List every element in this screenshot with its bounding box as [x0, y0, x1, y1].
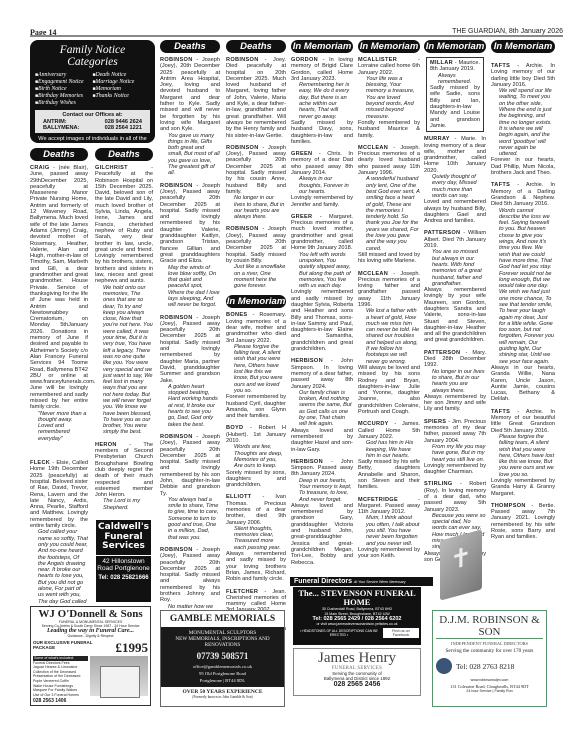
notice-robinson: ROBINSON - Joseph (Joey), Passed away pe… — [226, 145, 286, 221]
notice-signoff: Always remembered lovingly by your wife … — [424, 287, 486, 344]
notice-verse: Please forgive the falling tears, A sile… — [491, 434, 555, 478]
ad-address: 42 Hillonstown Road Portglenone — [96, 555, 151, 572]
notice-name: ROBINSON — [160, 57, 193, 63]
notice-name: MCCURDY — [358, 421, 389, 427]
notice-name: MCALLISTER — [358, 57, 397, 63]
notice-signoff: Forever in our hearts, Dad Phillip, Mum … — [491, 157, 555, 176]
notice-name: TAFTS — [491, 409, 510, 415]
ad-phone: 07739 508571 — [163, 651, 282, 661]
newspaper-page: Page 14 THE GUARDIAN, 8th January 2026 F… — [0, 0, 580, 737]
notice-text: - Joseph (Joey), Passed away peacefully … — [160, 315, 220, 384]
notice-signoff: Still missed and loved by his loving wif… — [358, 252, 420, 265]
notice-mcclean: MCCLEAN - Joseph. Precious memories of a… — [358, 271, 420, 416]
notice-verse: God has him in His keeping, We have him … — [358, 440, 420, 459]
categories-title: Family Notice Categories — [35, 44, 150, 68]
notice-millar: MILLAR - Maurice. 8th January 2019.Alway… — [426, 57, 484, 132]
notice-name: TAFTS — [491, 63, 510, 69]
djm-robinson-ad: D.J.M. ROBINSON & SON INDEPENDENT FUNERA… — [432, 610, 547, 707]
deaths-banner: Deaths — [160, 40, 220, 53]
ad-title: Caldwell's Funeral Services — [96, 523, 151, 552]
ad-package: OUR EXCLUSIVE FUNERAL PACKAGE£1995 — [33, 640, 148, 656]
notice-text: - Joseph (Joey), Passed away peacefully … — [160, 183, 220, 265]
ad-footer: • HEADSTONES OF ALL DESCRIPTIONS CAN BE … — [295, 628, 419, 638]
category-item: Birthday Wishes — [35, 100, 93, 106]
notice-robinson: ROBINSON - Joseph (Joey), Passed away pe… — [160, 315, 220, 428]
ad-address: 95 Old Portglenone Road — [163, 671, 282, 678]
notice-verse: You gave us many things in life, Gifts b… — [160, 133, 220, 177]
notice-verse: "Never more than a thought away. Loved a… — [30, 411, 88, 442]
category-list: Anniversary Death Notice Engagement Noti… — [35, 72, 150, 106]
ad-phone: Tel: 028 2763 8218 — [456, 662, 514, 671]
memoriam-banner: In Memoriam — [291, 40, 353, 53]
ad-subtitle: INDEPENDENT FUNERAL DIRECTORS — [436, 641, 543, 646]
notice-signoff: Sadly missed by wife Sadie, sons Billy a… — [430, 85, 480, 129]
notice-name: GORDON — [291, 57, 318, 63]
gamble-memorials-ad: GAMBLE MEMORIALS MONUMENTAL SCULPTORS NE… — [160, 610, 285, 707]
notice-signoff: Always loved and remembered by daughter … — [291, 428, 353, 453]
notice-name: FLETCHER — [226, 589, 258, 595]
notice-signoff: Sorely missed by sons, daughters and gra… — [226, 470, 286, 489]
notice-name: ROBINSON — [226, 145, 259, 151]
notice-signoff: Lovingly remembered by Granda Harry & Gr… — [491, 478, 555, 497]
notice-name: FLECK — [30, 460, 50, 466]
notice-verse: Your life was a blessing, Your memory a … — [358, 76, 420, 120]
ad-contact-row: Tel: 028 2763 8218 — [436, 658, 543, 674]
notice-robinson: ROBINSON - Joseph (Joey), 20th December … — [160, 57, 220, 177]
notice-robinson: ROBINSON - Joey. Died peacefully at hosp… — [226, 57, 286, 139]
notice-text: - Joseph (Joey), Passed away peacefully … — [160, 434, 220, 497]
notice-verse: Please forgive the falling tear, A silen… — [226, 344, 286, 394]
notice-text: - Peacefully at the Robinson Hospital on… — [95, 165, 153, 284]
ad-address: Portglenone | BT44 8DL — [163, 678, 282, 685]
category-item: Death Notice — [93, 72, 151, 78]
notice-verse: No longer in our lives to share, But in … — [424, 369, 486, 394]
notice-name: CRAIG — [30, 165, 50, 171]
notice-signoff: Always loved and remembered by grandson … — [291, 503, 353, 566]
ad-phone: 028 2565 2456 — [294, 681, 420, 688]
notice-mcfetridge: MCFETRIDGE - Margaret. Passed away 11th … — [358, 497, 420, 560]
strip-title: Funeral Directors — [294, 578, 352, 585]
package-label: OUR EXCLUSIVE FUNERAL PACKAGE — [33, 640, 116, 656]
notice-signoff: Fondly remembered by husband Maurice & f… — [358, 120, 420, 139]
masthead-date: THE GUARDIAN, 8th January 2026 — [452, 28, 563, 35]
notice-name: ELLIOTT — [226, 494, 251, 500]
notice-tafts: TAFTS - Archie. In Memory of our beautif… — [491, 409, 555, 497]
notice-verse: We hold onto our memories, The ones that… — [95, 285, 153, 436]
notice-signoff: Forever remembered by husband Cyril, dau… — [226, 394, 286, 419]
notice-name: MCFETRIDGE — [358, 497, 398, 503]
notice-name: MCCLEAN — [358, 271, 388, 277]
ad-phone: 028 2563 1406 — [33, 697, 148, 704]
notice-mccurdy: MCCURDY - James. Called Home 5th January… — [358, 421, 420, 490]
notice-text: - Elsie, Called Home 19th December 2025 … — [30, 460, 88, 529]
facebook-icon: Find us on Facebook — [383, 628, 419, 638]
office-phone: 028 2564 1221 — [105, 125, 142, 131]
notice-signoff: Will always be loved and missed by his s… — [358, 365, 420, 415]
notice-tafts: TAFTS - Archie. In Loving memory of our … — [491, 63, 555, 176]
bible-cross-icon — [440, 529, 482, 600]
notice-name: THOMPSON — [491, 503, 526, 509]
notice-robinson: ROBINSON - Joseph (Joey), Passed away pe… — [160, 434, 220, 541]
ad-title: James Henry — [294, 651, 420, 666]
category-item: Anniversary — [35, 72, 93, 78]
stevenson-funeral-ad: The... STEVENSON FUNERAL HOME 30 Cushend… — [293, 587, 421, 645]
notice-name: ROBINSON — [160, 547, 193, 553]
notice-verse: God called your name so softly, That onl… — [30, 529, 88, 611]
ad-title: WJ O'Donnell & Sons — [33, 609, 148, 620]
notice-text: - Joseph (Joey), Passed away peacefully … — [226, 226, 286, 263]
deaths-banner: Deaths — [30, 148, 88, 161]
notice-craig: CRAIG - (née Blair), June, passed away 2… — [30, 165, 88, 442]
notice-verse: Words are few, Thoughts are deep, Memori… — [226, 444, 286, 469]
notice-signoff: Always remembered by her son Jimmy and w… — [424, 394, 486, 413]
notice-text: - Marie. In loving memory of a dear wife… — [424, 136, 486, 173]
notice-spiers: SPIERS - Jim. Precious memories of my de… — [424, 419, 486, 476]
notice-mcclean: MCCLEAN - Joseph. Precious memories of a… — [358, 145, 420, 265]
notice-verse: Remembering her is easy, We do it every … — [291, 82, 353, 120]
category-item: Engagement Notice — [35, 79, 93, 85]
notice-signoff: Lovingly remembered by Jennifer and fami… — [291, 195, 353, 208]
notice-text: - Joseph (Joey), 20th December 2025 peac… — [160, 57, 220, 132]
notice-name: HERBISON — [291, 358, 323, 364]
family-notice-categories: Family Notice Categories Anniversary Dea… — [30, 40, 155, 143]
notice-green: GREEN - Chris. In memory of a dear Dad w… — [291, 151, 353, 208]
notice-name: ROBINSON — [160, 183, 193, 189]
ad-experience: OVER 50 YEARS EXPERIENCE — [161, 687, 284, 695]
header-rule — [30, 35, 563, 37]
notice-text: - Bertie. Passed away 7th January 2021. … — [491, 503, 555, 540]
notice-signoff: Loved and remembered always by husband B… — [424, 199, 486, 224]
deaths-banner: Deaths — [226, 40, 286, 53]
strip-subtitle: At Your Service When Necessary — [354, 580, 406, 584]
ad-headstones: • HEADSTONES OF ALL DESCRIPTIONS CAN BE … — [295, 629, 383, 637]
notice-verse: You always had a smile to share, Time to… — [160, 497, 220, 541]
notice-name: PATTERSON — [424, 350, 460, 356]
office-row: BALLYMENA:028 2564 1221 — [43, 125, 142, 131]
notice-text: - Joey. Died peacefully at hospital on 2… — [226, 57, 286, 139]
category-item: Birth Notice — [35, 86, 93, 92]
notice-name: MCCLEAN — [358, 145, 388, 151]
james-henry-ad: James Henry FUNERAL SERVICES Serving the… — [293, 648, 421, 696]
notice-verse: No longer in our lives to share, But in … — [226, 195, 286, 220]
notice-herbison: HERBISON - John Simpson. Passed away 8th… — [291, 459, 353, 566]
notice-signoff: Lovingly remembered by daughter Charmian… — [424, 463, 486, 476]
memoriam-banner: In Memoriam — [226, 295, 286, 308]
ad-serving: Serving the community for over 170 years — [436, 648, 543, 654]
contact-title: Contact our Offices at: — [43, 112, 142, 118]
column-3: Deaths ROBINSON - Joseph (Joey), 20th De… — [160, 40, 220, 654]
notice-heron: HERON - The members of Second Presbyteri… — [95, 442, 153, 511]
notice-signoff: Always remembered and sadly missed by yo… — [226, 551, 286, 582]
notice-verse: A golden heart stopped beating, Hard wor… — [160, 384, 220, 428]
notice-name: GREER — [291, 214, 312, 220]
deaths-banner: Deaths — [95, 148, 153, 161]
notice-boyd: BOYD - Robert H (Hubert). 1st January 20… — [226, 425, 286, 488]
category-item: Thanks Notice — [93, 93, 151, 99]
package-price: £1995 — [116, 640, 149, 656]
notice-name: STIRLING — [424, 481, 453, 487]
category-item: Marriage Notice — [93, 79, 151, 85]
notice-name: ROBINSON — [226, 57, 259, 63]
ad-extra: 24 hour Service | Family Run — [436, 689, 543, 693]
caldwell-funeral-ad: Caldwell's Funeral Services 42 Hillonsto… — [96, 520, 151, 602]
notice-robinson: ROBINSON - Joseph (Joey), Passed away pe… — [160, 183, 220, 309]
memoriam-banner: In Memoriam — [424, 40, 486, 53]
ad-website: www.robinsonsdjm.com — [436, 678, 543, 682]
notice-verse: Words cannot describe the loss we feel. … — [491, 208, 555, 365]
ad-email: office@gamblememorials.co.uk — [163, 664, 282, 671]
notice-verse: Always in our thoughts, Forever in our h… — [291, 176, 353, 195]
notice-thompson: THOMPSON - Bertie. Passed away 7th Janua… — [491, 503, 555, 541]
included-list: Some of what's included: Funeral Directo… — [33, 656, 88, 697]
notice-signoff: Sadly missed by husband Davy, sons, daug… — [291, 120, 353, 145]
contact-offices: Contact our Offices at: ANTRIM:028 9446 … — [35, 110, 150, 133]
notice-verse: You are so missed but always in our hear… — [424, 249, 486, 287]
notice-verse: Always remembered. — [430, 73, 480, 86]
column-5: In Memoriam GORDON - In loving memory of… — [291, 40, 353, 572]
notice-verse: We will spend our life waiting, To meet … — [491, 88, 555, 157]
office-name: BALLYMENA: — [43, 125, 79, 131]
column-1: Deaths CRAIG - (née Blair), June, passed… — [30, 148, 88, 617]
notice-tafts: TAFTS - Archie. In Memory of a Darling G… — [491, 182, 555, 402]
notice-herbison: HERBISON - John Simpson. In loving memor… — [291, 358, 353, 452]
column-7: In Memoriam MILLAR - Maurice. 8th Januar… — [424, 40, 486, 569]
ad-website: or visit www.jamesstevensonandson.yellsi… — [295, 622, 419, 627]
notice-text: - Joseph (Joey), Passed away peacefully … — [160, 547, 220, 603]
column-2: Deaths GILCHRIST - Peacefully at the Rob… — [95, 148, 153, 517]
ad-title: GAMBLE MEMORIALS — [161, 611, 284, 627]
notice-fleck: FLECK - Elsie, Called Home 19th December… — [30, 460, 88, 611]
notice-gordon: GORDON - In loving memory of Brigid Clar… — [291, 57, 353, 145]
notice-name: ROBINSON — [226, 226, 259, 232]
notice-patterson: PATTERSON - Mary. Died 28th December 199… — [424, 350, 486, 413]
notice-name: BONES — [226, 312, 247, 318]
notice-name: TAFTS — [491, 182, 510, 188]
category-item: Memoriam — [93, 86, 151, 92]
funeral-home-photo — [90, 656, 148, 696]
notice-name: MILLAR — [430, 60, 453, 66]
notice-verse: A wonderful husband only lent, One of th… — [358, 176, 420, 252]
crest-icon — [436, 658, 452, 674]
odonnell-funeral-ad: WJ O'Donnell & Sons FUNERAL & MONUMENTAL… — [30, 606, 151, 706]
notice-patterson: PATTERSON - William Albert. Died 7th Jan… — [424, 230, 486, 343]
notice-text: - The members of Second Presbyterian Chu… — [95, 442, 153, 498]
column-4: Deaths ROBINSON - Joey. Died peacefully … — [226, 40, 286, 645]
notice-verse: We lost a father with a heart of gold, H… — [358, 308, 420, 365]
notice-murray: MURRAY - Marie. In loving memory of a de… — [424, 136, 486, 224]
notice-verse: Silent thoughts, memories clear, Treasur… — [226, 526, 286, 551]
ad-title: D.J.M. ROBINSON & SON — [436, 614, 543, 639]
memoriam-banner: In Memoriam — [491, 40, 555, 53]
notice-text: - Joseph. Precious memories of a loving … — [358, 271, 420, 308]
ad-line: NEW MEMORIALS, INSCRIPTIONS AND RENOVATI… — [163, 636, 282, 648]
included-item: Use of Our 3 Funeral Homes — [33, 693, 88, 698]
ad-title: The... STEVENSON FUNERAL HOME — [295, 589, 419, 607]
funeral-directors-strip: Funeral Directors At Your Service When N… — [290, 577, 433, 586]
notice-verse: From my life you may have gone, But in m… — [424, 444, 486, 463]
notice-greer: GREER - Margaret. Precious memories of a… — [291, 214, 353, 353]
notice-name: GILCHRIST — [95, 165, 128, 171]
notice-name: SPIERS — [424, 419, 446, 425]
notice-name: MURRAY — [424, 136, 450, 142]
ad-values: Guidance - Dignity & Respect — [33, 634, 148, 638]
ad-body: MONUMENTAL SCULPTORS NEW MEMORIALS, INSC… — [161, 627, 284, 687]
notice-name: HERBISON — [291, 459, 323, 465]
notice-signoff: Sadly missed by his wife Betty, daughter… — [358, 459, 420, 490]
notice-verse: Quietly thought of every day, Missed muc… — [424, 174, 486, 199]
notice-robinson: ROBINSON - Joseph (Joey), Passed away pe… — [226, 226, 286, 289]
notice-signoff: Always in our hearts, Granda Willie, Nan… — [491, 365, 555, 403]
notice-name: ROBINSON — [160, 434, 193, 440]
notice-mcallister: MCALLISTER - Lorraine called home 6th Ja… — [358, 57, 420, 139]
notice-text: - Margaret. Precious memories of a much … — [291, 214, 353, 251]
notice-gilchrist: GILCHRIST - Peacefully at the Robinson H… — [95, 165, 153, 436]
notice-verse: You left with words unspoken, You quietl… — [291, 252, 353, 290]
ad-phone: Tel: 028 25821666 — [96, 575, 151, 581]
notice-name: PATTERSON — [424, 230, 460, 236]
column-6: In Memoriam MCALLISTER - Lorraine called… — [358, 40, 420, 566]
notice-name: ROBINSON — [160, 315, 193, 321]
ad-formerly: (Formerly known as John Gamble & Son) — [161, 695, 284, 699]
notice-name: GREEN — [291, 151, 312, 157]
notice-signoff: Lovingly remembered and sadly missed by … — [291, 289, 353, 352]
notice-verse: The Lord is my Shepherd. — [95, 498, 153, 511]
notice-verse: Mum, I think about you often, I talk abo… — [358, 515, 420, 546]
notice-verse: May the winds of love blow softly, On th… — [160, 265, 220, 309]
notice-name: BOYD — [226, 425, 243, 431]
notice-text: - (née Blair), June, passed away 29thDec… — [30, 165, 95, 410]
notice-name: HERON — [95, 442, 117, 448]
column-8: In Memoriam TAFTS - Archie. In Loving me… — [491, 40, 555, 547]
notice-bones: BONES - Rosemary. Loving memories of a d… — [226, 312, 286, 419]
notice-verse: Just like a snowflake on a river, One mo… — [226, 264, 286, 289]
notice-text: - Joseph (Joey), Passed away peacefully … — [226, 145, 286, 195]
notice-signoff: Lovingly remembered by your son Keith. — [358, 547, 420, 560]
category-item: Birthday Memories — [35, 93, 93, 99]
notice-verse: Deep in our hearts, Your memory is kept,… — [291, 478, 353, 503]
memoriam-banner: In Memoriam — [358, 40, 420, 53]
notice-elliott: ELLIOTT - Ivan Thomas. Precious memories… — [226, 494, 286, 582]
notice-verse: Our family chain is broken, And nothing … — [291, 390, 353, 428]
